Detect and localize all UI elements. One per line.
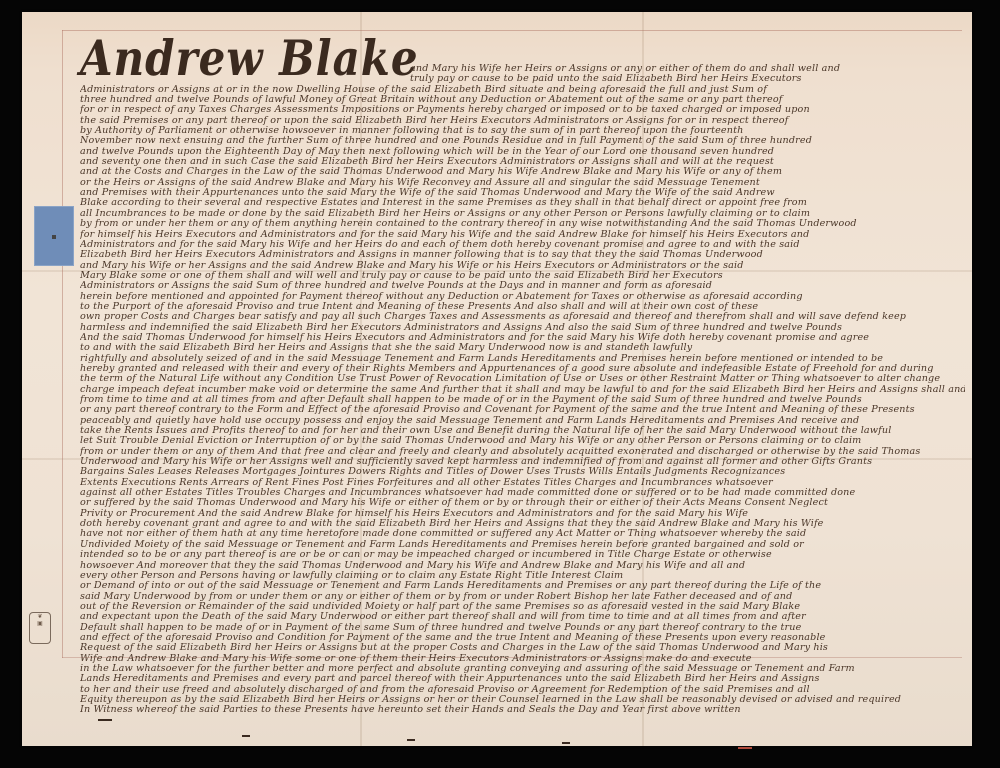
document-line: rightfully and absolutely seized of and … xyxy=(80,354,965,364)
document-line: and Mary his Wife her Heirs or Assigns o… xyxy=(80,64,965,74)
document-line: by Authority of Parliament or otherwise … xyxy=(80,126,965,136)
document-line: charge impeach defeat incumber make void… xyxy=(80,385,965,395)
document-line: and seventy one then and in such Case th… xyxy=(80,157,965,167)
document-line: Blake according to their several and res… xyxy=(80,198,965,208)
signature-mark xyxy=(562,742,570,744)
document-line: and effect of the aforesaid Proviso and … xyxy=(80,633,965,643)
document-line: Elizabeth Bird her Heirs Executors Admin… xyxy=(80,250,965,260)
document-line: howsoever And moreover that they the sai… xyxy=(80,561,965,571)
document-line: Privity or Procurement And the said Andr… xyxy=(80,509,965,519)
document-line: Default shall happen to be made of or in… xyxy=(80,623,965,633)
document-line: for or in respect of any Taxes Charges A… xyxy=(80,105,965,115)
document-line: And the said Thomas Underwood for himsel… xyxy=(80,333,965,343)
document-line: Request of the said Elizabeth Bird her H… xyxy=(80,643,965,653)
document-line: Wife and Andrew Blake and Mary his Wife … xyxy=(80,654,965,664)
document-line: harmless and indemnified the said Elizab… xyxy=(80,323,965,333)
margin-rule-left xyxy=(62,30,63,658)
signature-mark xyxy=(98,719,112,721)
document-line: November now next ensuing and the furthe… xyxy=(80,136,965,146)
document-line: out of the Reversion or Remainder of the… xyxy=(80,602,965,612)
blue-seal-wafer xyxy=(34,206,74,266)
document-line: Bargains Sales Leases Releases Mortgages… xyxy=(80,467,965,477)
document-line: and at the Costs and Charges in the Law … xyxy=(80,167,965,177)
document-line: the said Premises or any part thereof or… xyxy=(80,116,965,126)
document-line: truly pay or cause to be paid unto the s… xyxy=(80,74,965,84)
document-line: all Incumbrances to be made or done by t… xyxy=(80,209,965,219)
document-line: and Mary his Wife or her Assigns and the… xyxy=(80,261,965,271)
document-line: from time to time and at all times from … xyxy=(80,395,965,405)
document-line: Administrators and for the said Mary his… xyxy=(80,240,965,250)
seal-mark xyxy=(738,747,752,749)
document-line: said Mary Underwood by from or under the… xyxy=(80,592,965,602)
document-line: to and with the said Elizabeth Bird her … xyxy=(80,343,965,353)
document-line: Mary Blake some or one of them shall and… xyxy=(80,271,965,281)
document-line: the term of the Natural Life without any… xyxy=(80,374,965,384)
document-line: hereby granted and released with their a… xyxy=(80,364,965,374)
document-line: in the Law whatsoever for the further be… xyxy=(80,664,965,674)
document-line: take the Rents Issues and Profits thereo… xyxy=(80,426,965,436)
document-body: and Mary his Wife her Heirs or Assigns o… xyxy=(80,64,965,716)
document-line: peaceably and quietly have hold use occu… xyxy=(80,416,965,426)
document-line: three hundred and twelve Pounds of lawfu… xyxy=(80,95,965,105)
document-line: Administrators or Assigns the said Sum o… xyxy=(80,281,965,291)
document-line: or suffered by the said Thomas Underwood… xyxy=(80,498,965,508)
document-line: by from or under her them or any of them… xyxy=(80,219,965,229)
signature-mark xyxy=(242,735,250,737)
document-line: or the Heirs or Assigns of the said Andr… xyxy=(80,178,965,188)
document-line: and Premises with their Appurtenances un… xyxy=(80,188,965,198)
document-line: let Suit Trouble Denial Eviction or Inte… xyxy=(80,436,965,446)
document-line: own proper Costs and Charges bear satisf… xyxy=(80,312,965,322)
document-line: Administrators or Assigns at or in the n… xyxy=(80,85,965,95)
parchment-document: Andrew Blake and Mary his Wife her Heirs… xyxy=(22,12,972,746)
document-line: Undivided Moiety of the said Messuage or… xyxy=(80,540,965,550)
document-line: intended so to be or any part thereof is… xyxy=(80,550,965,560)
document-line: In Witness whereof the said Parties to t… xyxy=(80,705,965,715)
document-line: to the Purport of the aforesaid Proviso … xyxy=(80,302,965,312)
document-line: against all other Estates Titles Trouble… xyxy=(80,488,965,498)
document-line: herein before mentioned and appointed fo… xyxy=(80,292,965,302)
signature-mark xyxy=(407,739,415,741)
document-line: for himself his Heirs Executors and Admi… xyxy=(80,230,965,240)
document-line: doth hereby covenant grant and agree to … xyxy=(80,519,965,529)
duty-stamp-icon: ❦▣ xyxy=(29,612,51,644)
document-line: Lands Hereditaments and Premises and eve… xyxy=(80,674,965,684)
document-line: from or under them or any of them And th… xyxy=(80,447,965,457)
document-line: every other Person and Persons having or… xyxy=(80,571,965,581)
document-line: and expectant upon the Death of the said… xyxy=(80,612,965,622)
document-line: or Demand of into or out of the said Mes… xyxy=(80,581,965,591)
seal-hole xyxy=(52,235,56,239)
document-line: Extents Executions Rents Arrears of Rent… xyxy=(80,478,965,488)
document-line: Equity thereupon as by the said Elizabet… xyxy=(80,695,965,705)
document-line: to her and their use freed and absolutel… xyxy=(80,685,965,695)
document-line: have not nor either of them hath at any … xyxy=(80,529,965,539)
document-line: and twelve Pounds upon the Eighteenth Da… xyxy=(80,147,965,157)
document-line: or any part thereof contrary to the Form… xyxy=(80,405,965,415)
document-line: Underwood and Mary his Wife or her Assig… xyxy=(80,457,965,467)
